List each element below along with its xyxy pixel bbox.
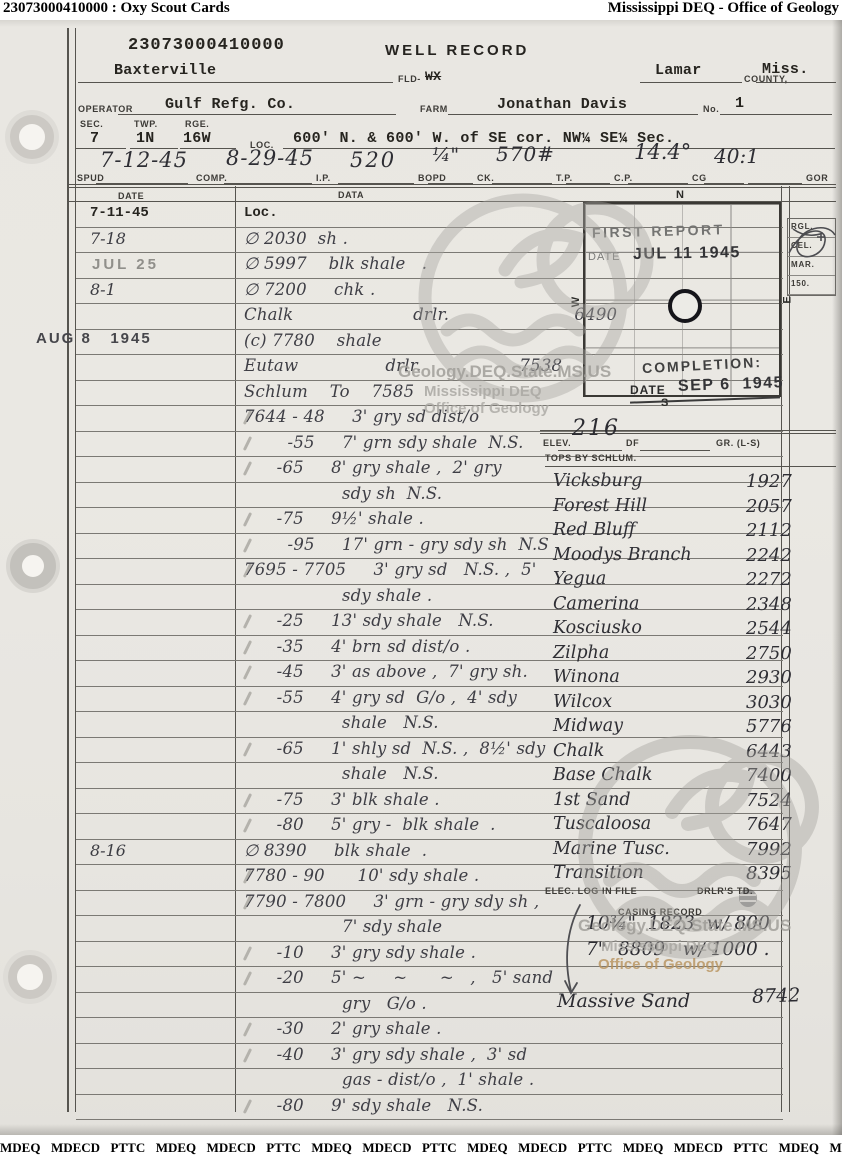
log-data: 7644 - 48 3' gry sd dist/o — [244, 407, 479, 427]
log-data: 7695 - 7705 3' gry sd N.S. , 5' — [244, 560, 537, 580]
data-column-header: DATA — [338, 190, 364, 200]
log-data: -80 9' sdy shale N.S. — [244, 1096, 483, 1116]
formation-name: Vicksburg — [553, 471, 642, 491]
agency-title: Mississippi DEQ - Office of Geology — [608, 0, 839, 17]
hole-punch — [10, 543, 56, 589]
formation-depth: 6443 — [746, 741, 792, 762]
formation-name: Tuscaloosa — [553, 814, 651, 834]
log-date: 8-16 — [90, 841, 126, 861]
formation-depth: 5776 — [746, 716, 792, 737]
elev-gr-label: GR. (L-S) — [716, 438, 760, 448]
log-row: -55 7' grn sdy shale N.S. — [76, 432, 783, 458]
formation-top-row: Midway 5776 — [549, 716, 839, 741]
bopd-value: ¼" — [432, 144, 459, 166]
well-number: 23073000410000 — [128, 36, 285, 55]
formation-name: Forest Hill — [553, 496, 647, 516]
formation-name: Chalk — [553, 741, 604, 761]
comp-label: COMP. — [196, 173, 227, 183]
formation-top-row: Base Chalk 7400 — [549, 765, 839, 790]
log-data: -45 3' as above , 7' gry sh. — [244, 662, 528, 682]
massive-sand-name: Massive Sand — [557, 990, 690, 1012]
log-data: gry G/o . — [244, 994, 427, 1014]
formation-name: Kosciusko — [553, 618, 642, 638]
field-name-value: Baxterville — [114, 62, 216, 79]
formation-top-row: Marine Tusc. 7992 — [549, 839, 839, 864]
stamp-aug-8-1945: AUG 8 1945 — [36, 330, 152, 347]
formation-name: Camerina — [553, 594, 639, 614]
twp-value: 1N — [136, 130, 155, 147]
ip-label: I.P. — [316, 173, 331, 183]
elev-df-label: DF — [626, 438, 639, 448]
corner-box-row: CEL. — [788, 238, 835, 257]
table-top-rule2 — [67, 187, 836, 188]
cp-value: 14.4° — [634, 140, 691, 164]
viewer-title-bar: 23073000410000 : Oxy Scout Cards Mississ… — [0, 0, 842, 20]
formation-name: Yegua — [553, 569, 606, 589]
farm-underline — [448, 114, 698, 115]
elev-value: 216 — [572, 416, 620, 441]
formation-top-row: Forest Hill 2057 — [549, 496, 839, 521]
log-data: shale N.S. — [244, 764, 439, 784]
formation-depth: 7647 — [746, 814, 792, 835]
completion-date-label: DATE — [630, 383, 666, 397]
log-data: 7790 - 7800 3' grn - gry sdy sh , — [244, 892, 539, 912]
log-row: -40 3' gry sdy shale , 3' sd — [76, 1044, 783, 1070]
casing-record-list: 10¾" 1823 w/ 800 7" 8809 w/ 1000 . — [586, 913, 836, 964]
formation-depth: 2057 — [746, 496, 792, 517]
formation-top-row: Moodys Branch 2242 — [549, 545, 839, 570]
formation-top-row: Winona 2930 — [549, 667, 839, 692]
log-data: -75 3' blk shale . — [244, 790, 440, 810]
log-data: -25 13' sdy shale N.S. — [244, 611, 494, 631]
corner-reference-box: RGL. CEL. MAR. 150. — [787, 218, 836, 296]
compass-n: N — [676, 189, 684, 201]
loc-value: 600' N. & 600' W. of SE cor. NW¼ SE¼ Sec… — [293, 130, 674, 147]
formation-depth: 2112 — [746, 520, 792, 541]
farm-label: FARM — [420, 104, 448, 114]
formation-top-row: Kosciusko 2544 — [549, 618, 839, 643]
hole-punch — [8, 955, 52, 999]
log-data: (c) 7780 shale — [244, 331, 382, 351]
operator-underline — [118, 114, 396, 115]
formation-name: Winona — [553, 667, 620, 687]
ck-label: CK. — [477, 173, 494, 183]
elev-underline — [558, 450, 622, 451]
log-data: shale N.S. — [244, 713, 439, 733]
log-data: Loc. — [244, 203, 278, 221]
log-data: -55 4' gry sd G/o , 4' sdy — [244, 688, 517, 708]
twp-label: TWP. — [134, 119, 158, 129]
ck-value: 570# — [496, 142, 555, 166]
fld-struck-value: WX — [425, 69, 441, 84]
formation-top-row: Wilcox 3030 — [549, 692, 839, 717]
well-location-circle — [668, 289, 702, 323]
log-data: ∅ 5997 blk shale . — [244, 254, 427, 274]
spud-value: 7-12-45 — [100, 148, 188, 172]
operator-value: Gulf Refg. Co. — [165, 96, 295, 113]
corner-box-row: RGL. — [788, 219, 835, 238]
log-data: -95 17' grn - gry sdy sh N.S — [244, 535, 549, 555]
bopd-label: BOPD — [418, 173, 446, 183]
ip-value: 520 — [350, 148, 396, 172]
log-row: 7644 - 48 3' gry sd dist/o — [76, 406, 783, 432]
log-data: Schlum To 7585 — [244, 382, 414, 402]
tops-header-underline — [545, 466, 836, 467]
formation-name: Transition — [553, 863, 644, 883]
casing-row: 10¾" 1823 w/ 800 — [586, 913, 836, 939]
log-data: -65 8' gry shale , 2' gry — [244, 458, 502, 478]
formation-depth: 8395 — [746, 863, 792, 884]
log-date: 7-18 — [90, 229, 126, 249]
formation-depth: 2348 — [746, 594, 792, 615]
log-row: -80 9' sdy shale N.S. — [76, 1095, 783, 1121]
log-data: -10 3' gry sdy shale . — [244, 943, 476, 963]
formation-depth: 1927 — [746, 471, 792, 492]
formation-name: Wilcox — [553, 692, 612, 712]
rge-value: 16W — [183, 130, 211, 147]
log-data: sdy shale . — [244, 586, 432, 606]
card-left-border — [67, 28, 69, 1112]
log-data: -35 4' brn sd dist/o . — [244, 637, 470, 657]
formation-top-row: Zilpha 2750 — [549, 643, 839, 668]
formation-depth: 3030 — [746, 692, 792, 713]
log-data: 7780 - 90 10' sdy shale . — [244, 866, 479, 886]
formation-top-row: 1st Sand 7524 — [549, 790, 839, 815]
formation-depth: 2930 — [746, 667, 792, 688]
elev-label: ELEV. — [543, 438, 571, 448]
log-data: sdy sh N.S. — [244, 484, 442, 504]
compass-s: S — [661, 397, 668, 409]
farm-value: Jonathan Davis — [497, 96, 627, 113]
fld-label: FLD- — [398, 74, 421, 84]
form-title: WELL RECORD — [385, 42, 529, 59]
elec-log-label: ELEC. LOG IN FILE — [545, 886, 637, 896]
cg-label: CG — [692, 173, 707, 183]
formation-name: Marine Tusc. — [553, 839, 670, 859]
log-data: -55 7' grn sdy shale N.S. — [244, 433, 524, 453]
hole-punch — [10, 115, 54, 159]
formation-name: Midway — [553, 716, 623, 736]
table-top-rule — [67, 184, 836, 185]
log-date: 8-1 — [90, 280, 116, 300]
formation-depth: 2750 — [746, 643, 792, 664]
formation-name: 1st Sand — [553, 790, 631, 810]
tops-header: TOPS BY SCHLUM. — [545, 453, 637, 463]
log-row: -20 5' ~ ~ ~ , 5' sand — [76, 967, 783, 993]
formation-depth: 2242 — [746, 545, 792, 566]
operator-label: OPERATOR — [78, 104, 133, 114]
drlrs-td-label: DRLR'S TD. — [697, 886, 753, 896]
log-data: Chalk drlr. 6490 — [244, 305, 617, 325]
document-id-title: 23073000410000 : Oxy Scout Cards — [3, 0, 230, 17]
formation-top-row: Camerina 2348 — [549, 594, 839, 619]
field-underline — [78, 82, 393, 83]
county-underline — [640, 82, 742, 83]
formation-depth: 2272 — [746, 569, 792, 590]
compass-e: E — [782, 296, 794, 303]
no-underline — [720, 114, 832, 115]
formation-depth: 7992 — [746, 839, 792, 860]
no-value: 1 — [735, 95, 744, 112]
log-data: -75 9½' shale . — [244, 509, 424, 529]
formation-name: Red Bluff — [553, 520, 635, 540]
sec-value: 7 — [90, 130, 99, 147]
log-data: 7' sdy shale — [244, 917, 442, 937]
formation-top-row: Vicksburg 1927 — [549, 471, 839, 496]
log-data: Eutaw drlr. 7538 — [244, 356, 562, 376]
formation-depth: 2544 — [746, 618, 792, 639]
stamp-jul-25: JUL 25 — [92, 256, 159, 273]
formation-name: Moodys Branch — [553, 545, 692, 565]
massive-sand-depth: 8742 — [752, 984, 801, 1008]
cg-value: 40:1 — [714, 144, 759, 168]
formation-name: Base Chalk — [553, 765, 653, 785]
elev-df-underline — [640, 450, 710, 451]
first-report-date-stamp: JUL 11 1945 — [633, 244, 741, 264]
formation-depth: 7400 — [746, 765, 792, 786]
formation-name: Zilpha — [553, 643, 609, 663]
log-data: ∅ 2030 sh . — [244, 229, 348, 249]
casing-row: 7" 8809 w/ 1000 . — [586, 939, 836, 965]
log-data: -40 3' gry sdy shale , 3' sd — [244, 1045, 527, 1065]
comp-value: 8-29-45 — [226, 146, 314, 170]
completion-date-stamp: SEP 6 1945 — [678, 374, 785, 396]
log-data: -20 5' ~ ~ ~ , 5' sand — [244, 968, 553, 988]
cp-label: C.P. — [614, 173, 633, 183]
gor-label: GOR — [806, 173, 828, 183]
formation-depth: 7524 — [746, 790, 792, 811]
corner-box-row: 150. — [788, 276, 835, 295]
log-data: ∅ 8390 blk shale . — [244, 841, 427, 861]
log-date: 7-11-45 — [90, 203, 149, 221]
no-label: No. — [703, 104, 719, 114]
county-value: Lamar — [655, 62, 702, 79]
log-data: gas - dist/o , 1' shale . — [244, 1070, 534, 1090]
formation-top-row: Transition 8395 — [549, 863, 839, 888]
date-column-header: DATE — [118, 191, 144, 201]
first-report-date-label: DATE — [588, 251, 621, 263]
log-row: -30 2' gry shale . — [76, 1018, 783, 1044]
log-row: gas - dist/o , 1' shale . — [76, 1069, 783, 1095]
log-data: -65 1' shly sd N.S. , 8½' sdy — [244, 739, 545, 759]
log-data: -30 2' gry shale . — [244, 1019, 442, 1039]
footer-keywords-bar: MDEQ MDECD PTTC MDEQ MDECD PTTC MDEQ MDE… — [0, 1135, 842, 1156]
log-data: ∅ 7200 chk . — [244, 280, 375, 300]
formation-top-row: Red Bluff 2112 — [549, 520, 839, 545]
formation-top-row: Chalk 6443 — [549, 741, 839, 766]
tp-label: T.P. — [556, 173, 573, 183]
formation-top-row: Yegua 2272 — [549, 569, 839, 594]
state-value: Miss. — [762, 61, 809, 78]
corner-box-row: MAR. — [788, 257, 835, 276]
spud-label: SPUD — [77, 173, 104, 183]
compass-w: W — [570, 297, 582, 307]
formation-top-row: Tuscaloosa 7647 — [549, 814, 839, 839]
sec-label: SEC. — [80, 119, 103, 129]
formation-tops-list: Vicksburg 1927 Forest Hill 2057 Red Bluf… — [549, 471, 839, 888]
log-data: -80 5' gry - blk shale . — [244, 815, 496, 835]
rge-label: RGE. — [185, 119, 209, 129]
